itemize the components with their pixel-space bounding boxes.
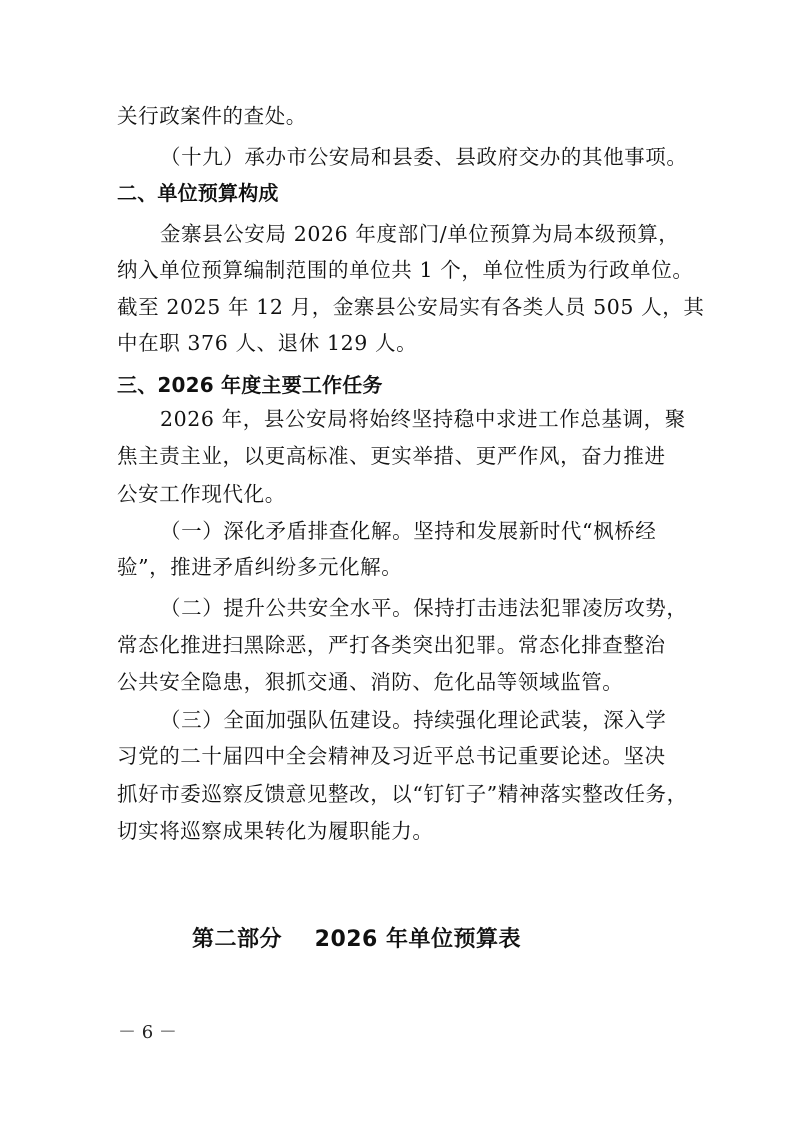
document-page: 关行政案件的查处。 （十九）承办市公安局和县委、县政府交办的其他事项。 二、单位…	[0, 0, 793, 1122]
part-title: 第二部分 2026 年单位预算表	[192, 922, 521, 953]
paragraph-tasks-line-2: 焦主责主业，以更高标准、更实举措、更严作风，奋力推进	[117, 444, 666, 468]
task-3-line-1: （三）全面加强队伍建设。持续强化理论武装，深入学	[160, 708, 666, 732]
section-heading-budget-composition: 二、单位预算构成	[117, 181, 279, 205]
task-3-line-3: 抓好市委巡察反馈意见整改，以“钉钉子”精神落实整改任务，	[117, 782, 688, 806]
task-2-line-3: 公共安全隐患，狠抓交通、消防、危化品等领域监管。	[117, 670, 623, 694]
task-1-line-1: （一）深化矛盾排查化解。坚持和发展新时代“枫桥经	[160, 519, 656, 543]
paragraph-tasks-line-1: 2026 年，县公安局将始终坚持稳中求进工作总基调，聚	[160, 407, 686, 431]
paragraph-budget-line-3: 截至 2025 年 12 月，金寨县公安局实有各类人员 505 人，其	[117, 295, 704, 319]
page-number: － 6 －	[118, 1018, 177, 1044]
task-2-line-2: 常态化推进扫黑除恶，严打各类突出犯罪。常态化排查整治	[117, 633, 666, 657]
task-3-line-2: 习党的二十届四中全会精神及习近平总书记重要论述。坚决	[117, 744, 666, 768]
text-line-item-19: （十九）承办市公安局和县委、县政府交办的其他事项。	[160, 145, 688, 169]
text-line-continuation: 关行政案件的查处。	[117, 104, 307, 128]
paragraph-budget-line-2: 纳入单位预算编制范围的单位共 1 个，单位性质为行政单位。	[117, 258, 693, 282]
task-3-line-4: 切实将巡察成果转化为履职能力。	[117, 819, 434, 843]
task-2-line-1: （二）提升公共安全水平。保持打击违法犯罪凌厉攻势，	[160, 596, 688, 620]
section-heading-main-tasks: 三、2026 年度主要工作任务	[117, 373, 383, 397]
task-1-line-2: 验”，推进矛盾纠纷多元化解。	[117, 555, 402, 579]
paragraph-budget-line-1: 金寨县公安局 2026 年度部门/单位预算为局本级预算，	[160, 222, 679, 246]
paragraph-tasks-line-3: 公安工作现代化。	[117, 482, 286, 506]
paragraph-budget-line-4: 中在职 376 人、退休 129 人。	[117, 331, 417, 355]
